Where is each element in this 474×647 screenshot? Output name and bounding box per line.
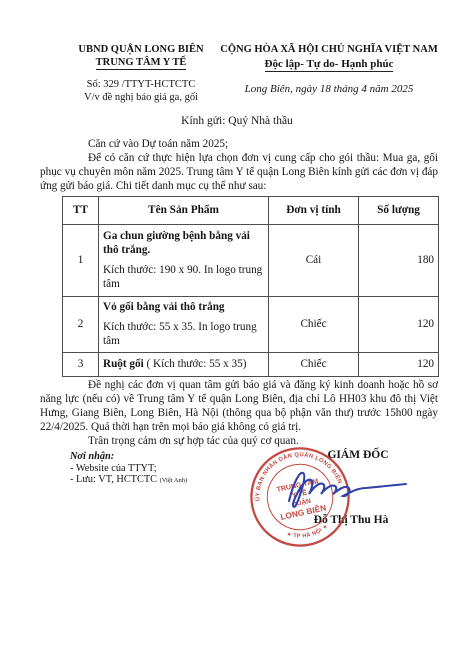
- row2-product-name: Vỏ gối bằng vải thô trắng: [103, 301, 264, 315]
- col-header-unit: Đơn vị tính: [269, 197, 359, 225]
- row3-product-name: Ruột gối: [103, 358, 144, 370]
- table-row: 3 Ruột gối ( Kích thước: 55 x 35) Chiếc …: [63, 353, 439, 377]
- row1-qty: 180: [359, 225, 439, 297]
- row1-index: 1: [63, 225, 99, 297]
- distribution-item: - Website của TTYT;: [70, 463, 187, 475]
- issuer-org: TRUNG TÂM Y TẾ: [56, 57, 226, 70]
- paragraph-thanks: Trân trọng cảm ơn sự hợp tác của quý cơ …: [40, 434, 438, 448]
- row1-unit: Cái: [269, 225, 359, 297]
- opening-paragraphs: Căn cứ vào Dự toán năm 2025; Để có căn c…: [40, 137, 438, 193]
- closing-paragraphs: Đề nghị các đơn vị quan tâm gửi báo giá …: [40, 378, 438, 448]
- place-date-line: Long Biên, ngày 18 tháng 4 năm 2025: [210, 83, 448, 96]
- distribution-item: - Lưu: VT, HCTCTC (Việt Anh): [70, 474, 187, 487]
- row3-product: Ruột gối ( Kích thước: 55 x 35): [99, 353, 269, 377]
- row1-product-name: Ga chun giường bệnh bằng vải thô trắng.: [103, 230, 264, 257]
- signature-ink: [282, 461, 410, 515]
- distribution-label: Nơi nhận:: [70, 451, 187, 463]
- col-header-qty: Số lượng: [359, 197, 439, 225]
- issuer-parent-org: UBND QUẬN LONG BIÊN: [56, 44, 226, 57]
- national-motto-line1: CỘNG HÒA XÃ HỘI CHỦ NGHĨA VIỆT NAM: [210, 44, 448, 57]
- document-subject: V/v đề nghị báo giá ga, gối: [56, 92, 226, 105]
- row1-product-desc: Kích thước: 190 x 90. In logo trung tâm: [103, 264, 264, 291]
- row3-product-desc: ( Kích thước: 55 x 35): [144, 358, 247, 370]
- items-table: TT Tên Sản Phẩm Đơn vị tính Số lượng 1 G…: [62, 196, 439, 377]
- document-number: Số: 329 /TTYT-HCTCTC: [56, 79, 226, 92]
- row2-index: 2: [63, 297, 99, 353]
- col-header-tt: TT: [63, 197, 99, 225]
- items-table-wrap: TT Tên Sản Phẩm Đơn vị tính Số lượng 1 G…: [62, 196, 439, 377]
- row2-unit: Chiếc: [269, 297, 359, 353]
- recipient-line: Kính gửi: Quý Nhà thầu: [0, 115, 474, 127]
- distribution-list: Nơi nhận: - Website của TTYT; - Lưu: VT,…: [70, 451, 187, 487]
- table-row: 1 Ga chun giường bệnh bằng vải thô trắng…: [63, 225, 439, 297]
- row2-qty: 120: [359, 297, 439, 353]
- national-motto-line2: Độc lập- Tự do- Hạnh phúc: [210, 58, 448, 71]
- table-header-row: TT Tên Sản Phẩm Đơn vị tính Số lượng: [63, 197, 439, 225]
- distribution-note: (Việt Anh): [160, 477, 188, 484]
- letterhead-issuer: UBND QUẬN LONG BIÊN TRUNG TÂM Y TẾ Số: 3…: [56, 44, 226, 104]
- row2-product-desc: Kích thước: 55 x 35. In logo trung tâm: [103, 321, 264, 348]
- paragraph-request: Đề nghị các đơn vị quan tâm gửi báo giá …: [40, 378, 438, 434]
- document-page: UBND QUẬN LONG BIÊN TRUNG TÂM Y TẾ Số: 3…: [0, 0, 474, 647]
- paragraph-intro: Để có căn cứ thực hiện lựa chọn đơn vị c…: [40, 151, 438, 193]
- row3-unit: Chiếc: [269, 353, 359, 377]
- row3-qty: 120: [359, 353, 439, 377]
- letterhead-national: CỘNG HÒA XÃ HỘI CHỦ NGHĨA VIỆT NAM Độc l…: [210, 44, 448, 96]
- paragraph-basis: Căn cứ vào Dự toán năm 2025;: [40, 137, 438, 151]
- row1-product: Ga chun giường bệnh bằng vải thô trắng. …: [99, 225, 269, 297]
- row2-product: Vỏ gối bằng vải thô trắng Kích thước: 55…: [99, 297, 269, 353]
- signature-stroke: [289, 473, 406, 507]
- row3-index: 3: [63, 353, 99, 377]
- table-row: 2 Vỏ gối bằng vải thô trắng Kích thước: …: [63, 297, 439, 353]
- col-header-product: Tên Sản Phẩm: [99, 197, 269, 225]
